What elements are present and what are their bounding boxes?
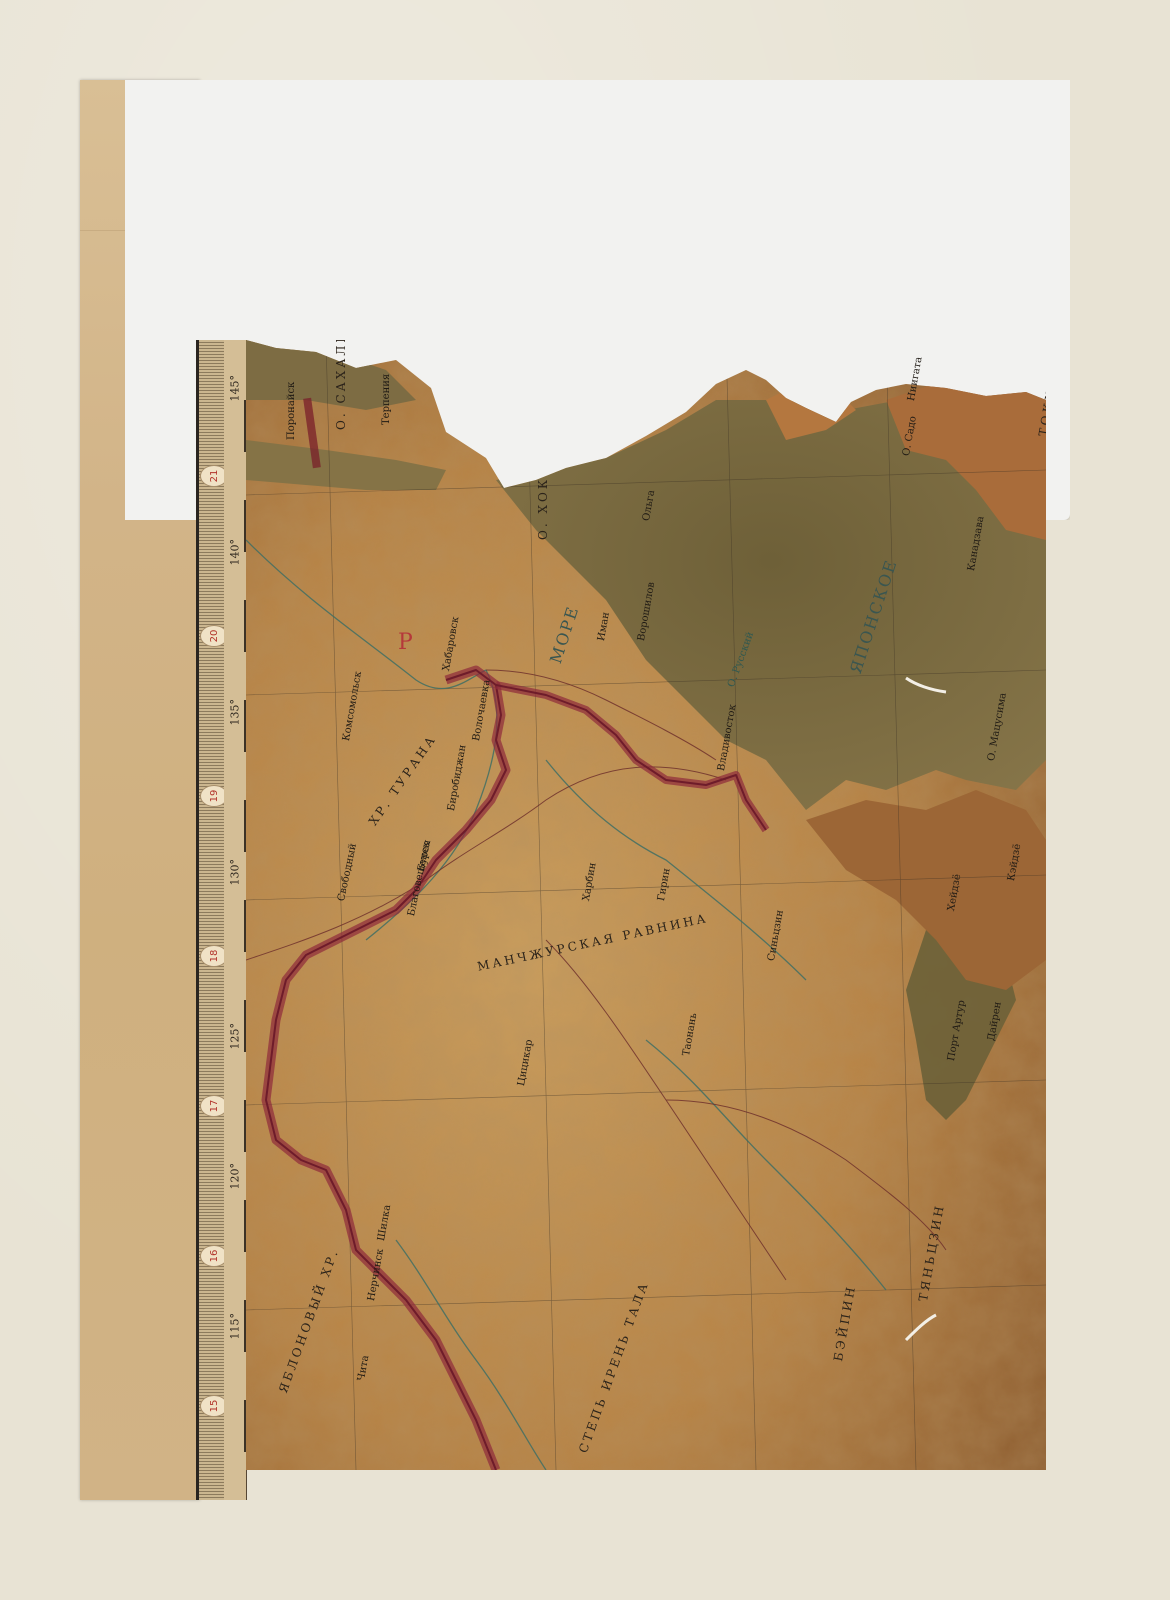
place-label: Поронайск xyxy=(286,382,297,440)
map-fragment: О. САХАЛИН О. ХОК МОРЕ ЯПОНСКОЕ МАНЧЖУРС… xyxy=(246,340,1046,1470)
region-label-sakhalin: О. САХАЛИН xyxy=(334,340,348,430)
region-label-r: Р xyxy=(398,630,413,655)
longitude-label: 135° xyxy=(229,700,242,726)
longitude-label: 115° xyxy=(229,1314,242,1340)
longitude-label: 120° xyxy=(229,1164,242,1190)
place-label: Терпения xyxy=(381,374,392,425)
longitude-label: 130° xyxy=(229,860,242,886)
longitude-label: 145° xyxy=(229,376,242,402)
longitude-label: 140° xyxy=(229,540,242,566)
longitude-strip: 145° 140° 135° 130° 125° 120° 115° xyxy=(224,340,247,1500)
region-label-hokkaido: О. ХОК xyxy=(536,477,550,540)
longitude-label: 125° xyxy=(229,1024,242,1050)
